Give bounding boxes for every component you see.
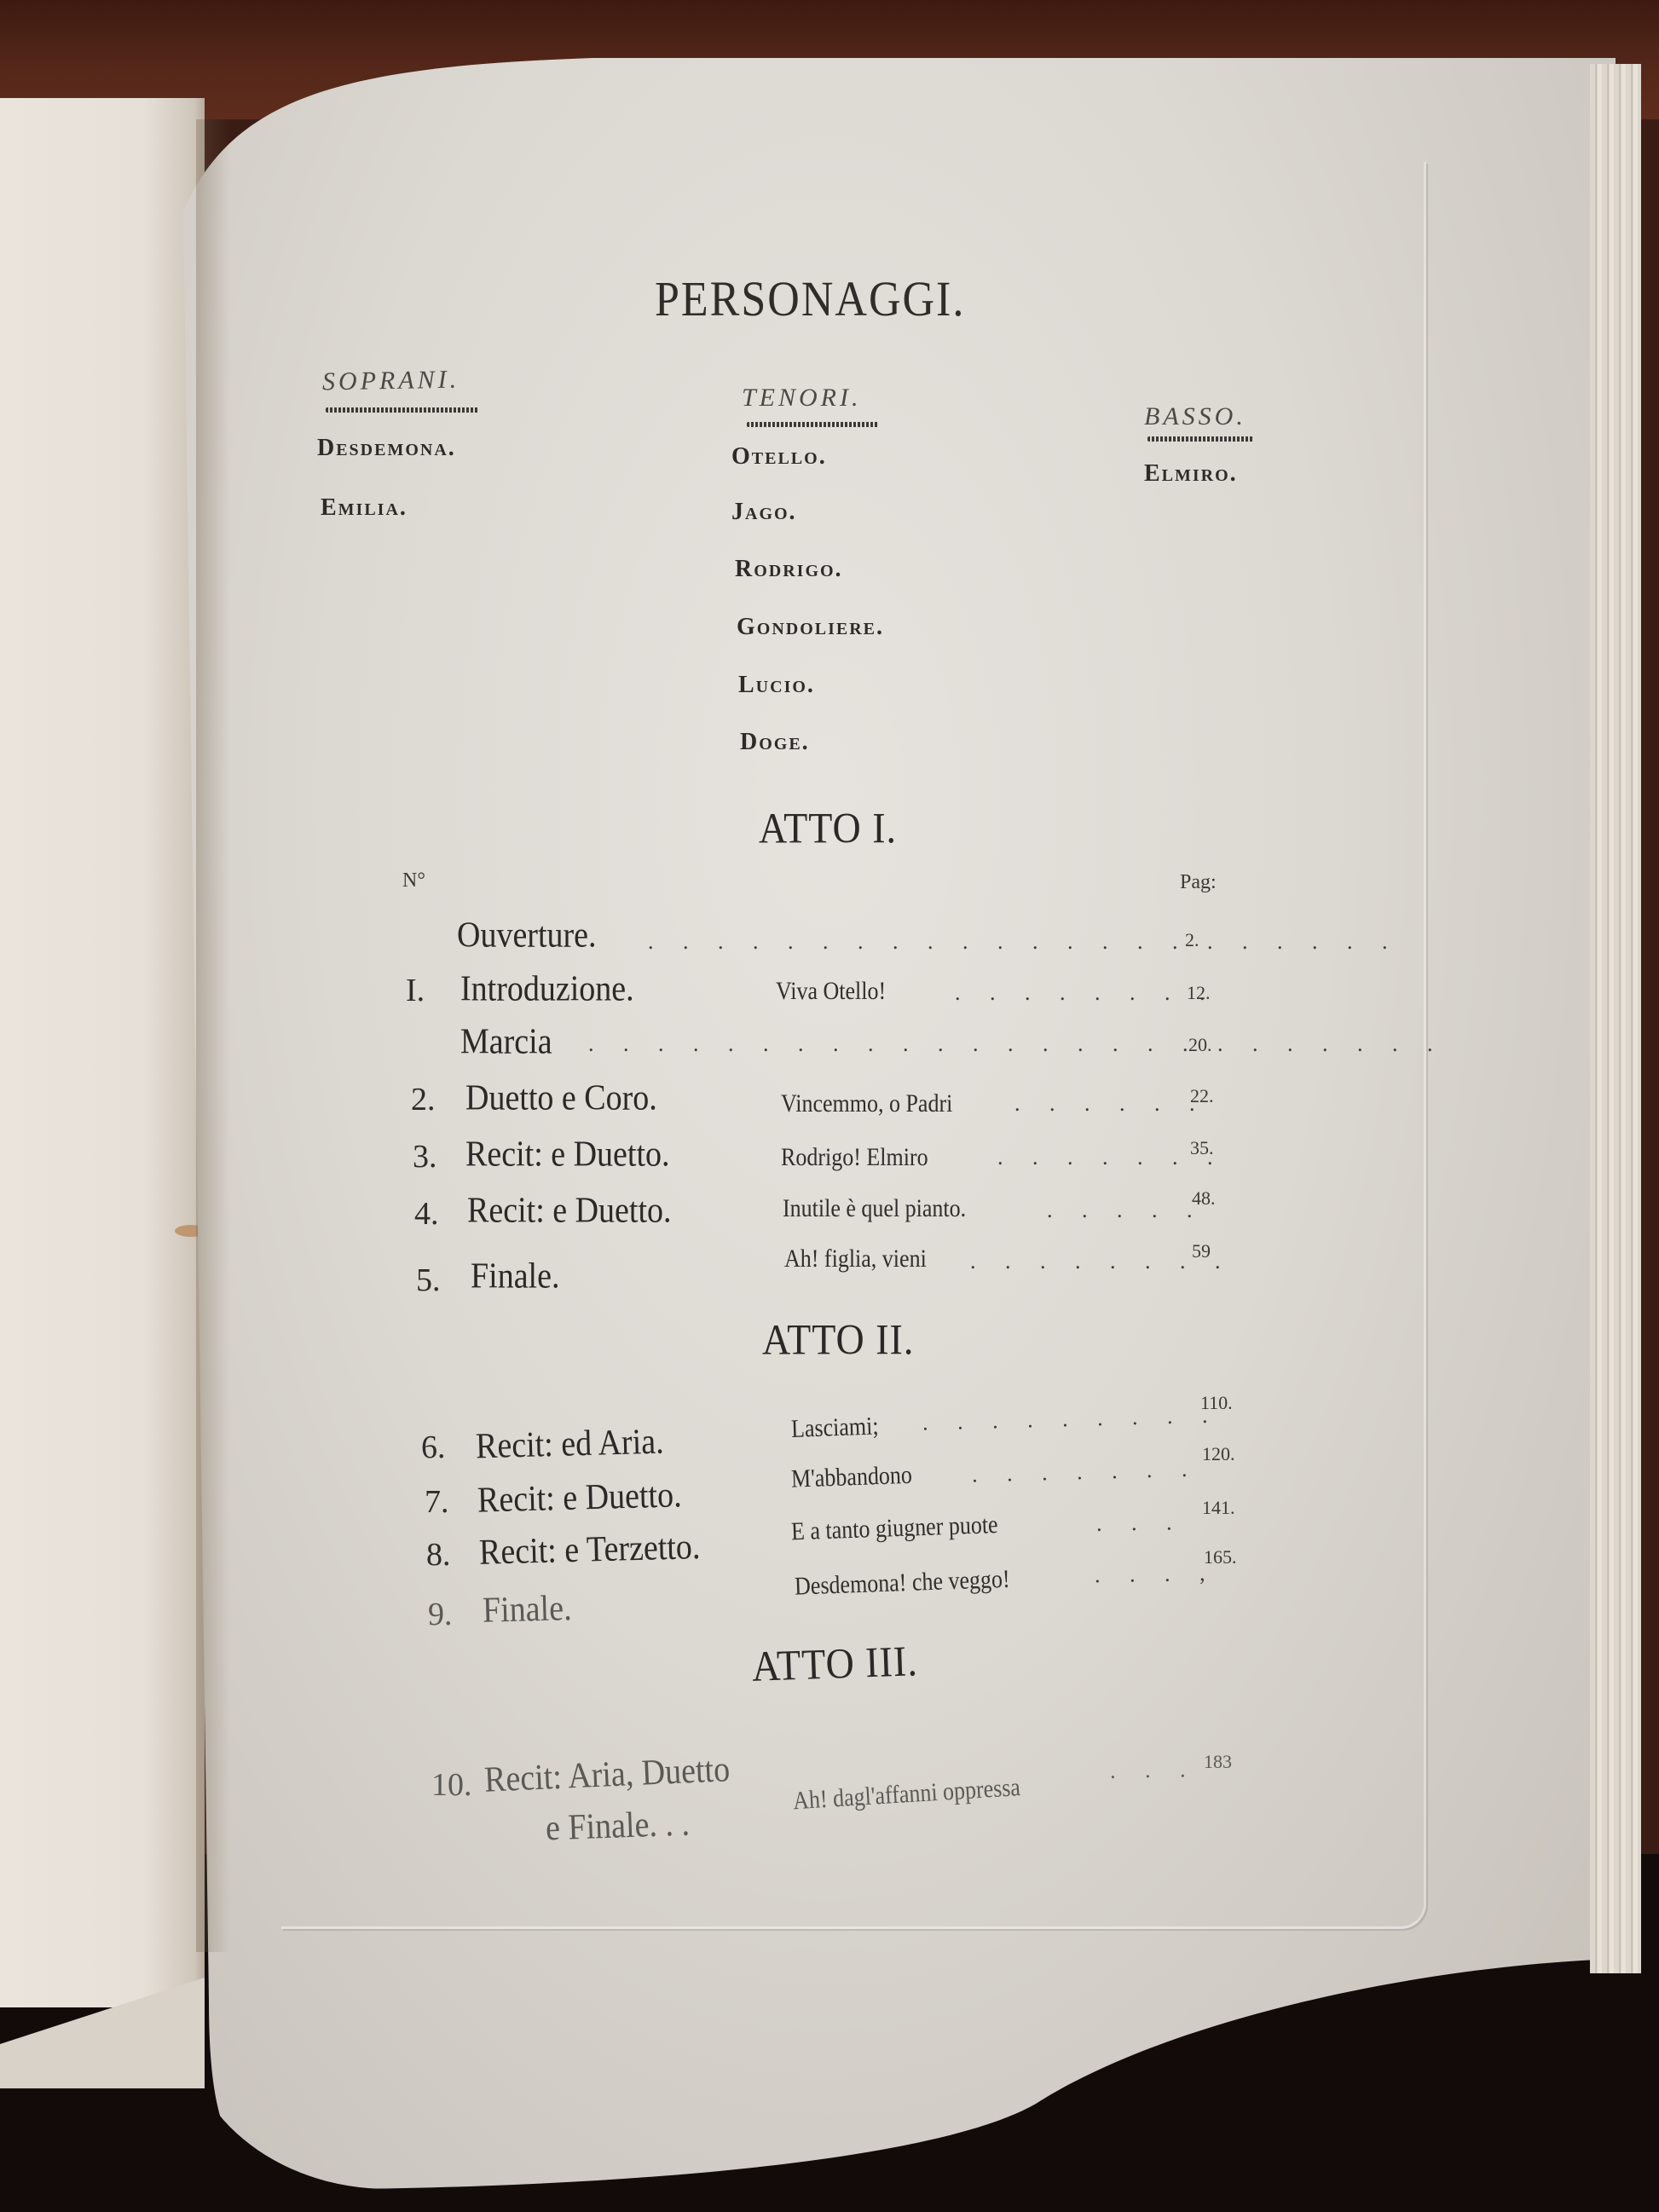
entry-title: Recit: e Terzetto. <box>478 1526 701 1574</box>
gutter-shadow <box>196 119 230 1952</box>
entry-title: Recit: ed Aria. <box>475 1420 664 1467</box>
basso-underline <box>1147 436 1254 442</box>
entry-incipit: Lasciami; <box>790 1412 879 1444</box>
entry-page: 35. <box>1190 1137 1214 1159</box>
entry-title: Ouverture. <box>457 914 597 956</box>
role-otello: Otello. <box>731 443 827 471</box>
tenori-underline <box>747 422 879 427</box>
entry-number: 5. <box>416 1262 441 1299</box>
entry-page: 183 <box>1204 1751 1232 1773</box>
tenori-heading: TENORI. <box>742 384 862 413</box>
entry-number: 8. <box>426 1536 451 1574</box>
entry-page: 110. <box>1200 1392 1233 1414</box>
number-column-label: N° <box>402 869 425 892</box>
page-edges-stack <box>1590 64 1641 1973</box>
soprani-heading: SOPRANI. <box>322 366 460 397</box>
leader-dots: . . . . . . . . . . . . . . . . . . . . … <box>648 929 1400 955</box>
soprani-underline <box>326 407 479 413</box>
entry-number: I. <box>406 972 425 1009</box>
entry-page: 2. <box>1185 929 1199 951</box>
role-doge: Doge. <box>740 729 810 756</box>
entry-title: Finale. <box>471 1255 559 1297</box>
leader-dots: . . . , <box>1095 1561 1217 1588</box>
entry-page: 22. <box>1190 1085 1214 1107</box>
act-2-title: ATTO II. <box>762 1314 914 1364</box>
leader-dots: . . . <box>1096 1510 1184 1537</box>
entry-title: Recit: e Duetto. <box>477 1474 682 1522</box>
entry-title: Recit: e Duetto. <box>465 1133 670 1175</box>
entry-number: 3. <box>413 1138 437 1175</box>
entry-number: 7. <box>425 1483 449 1521</box>
entry-number: 2. <box>411 1081 436 1118</box>
entry-number: 4. <box>414 1195 439 1233</box>
entry-title: Recit: e Duetto. <box>467 1189 672 1231</box>
act-1-title: ATTO I. <box>759 803 897 852</box>
entry-title: Marcia <box>460 1020 552 1062</box>
leader-dots: . . . . . . <box>1014 1091 1207 1117</box>
entry-number: 6. <box>421 1429 446 1466</box>
entry-incipit: Rodrigo! Elmiro <box>781 1143 928 1173</box>
entry-page: 120. <box>1202 1443 1235 1465</box>
role-lucio: Lucio. <box>738 672 815 699</box>
role-jago: Jago. <box>731 499 797 526</box>
page-column-label: Pag: <box>1180 871 1217 894</box>
left-page <box>0 98 205 2007</box>
entry-page: 165. <box>1204 1546 1237 1568</box>
role-emilia: Emilia. <box>321 494 408 522</box>
entry-number: 10. <box>431 1766 472 1804</box>
entry-page: 59 <box>1192 1240 1211 1262</box>
entry-title: Finale. <box>482 1587 572 1632</box>
leader-dots: . . . . . <box>1047 1198 1205 1223</box>
entry-number: 9. <box>428 1596 453 1633</box>
role-gondoliere: Gondoliere. <box>737 614 884 641</box>
entry-incipit: Vincemmo, o Padri <box>781 1089 952 1119</box>
entry-page: 20. <box>1188 1034 1212 1056</box>
role-desdemona: Desdemona. <box>317 435 456 462</box>
basso-heading: BASSO. <box>1144 402 1246 431</box>
leader-dots: . . . . . . . . . . . . . . . . . . . . … <box>588 1031 1445 1057</box>
entry-incipit: Viva Otello! <box>776 977 886 1007</box>
leader-dots: . . . . . . . . <box>955 980 1217 1006</box>
entry-page: 12. <box>1187 982 1211 1004</box>
entry-incipit: Inutile è quel pianto. <box>783 1194 966 1224</box>
entry-title: Introduzione. <box>460 967 634 1009</box>
entry-page: 48. <box>1192 1187 1216 1210</box>
page-title: PERSONAGGI. <box>655 271 965 327</box>
entry-page: 141. <box>1202 1497 1235 1519</box>
entry-title: Duetto e Coro. <box>465 1077 657 1118</box>
act-3-title: ATTO III. <box>751 1636 919 1691</box>
role-elmiro: Elmiro. <box>1144 460 1238 488</box>
leader-dots: . . . <box>1110 1757 1198 1784</box>
entry-incipit: Ah! figlia, vieni <box>784 1245 927 1274</box>
entry-title-line2: e Finale. . . <box>545 1802 690 1849</box>
entry-incipit: M'abbandono <box>790 1460 912 1493</box>
role-rodrigo: Rodrigo. <box>735 556 843 583</box>
